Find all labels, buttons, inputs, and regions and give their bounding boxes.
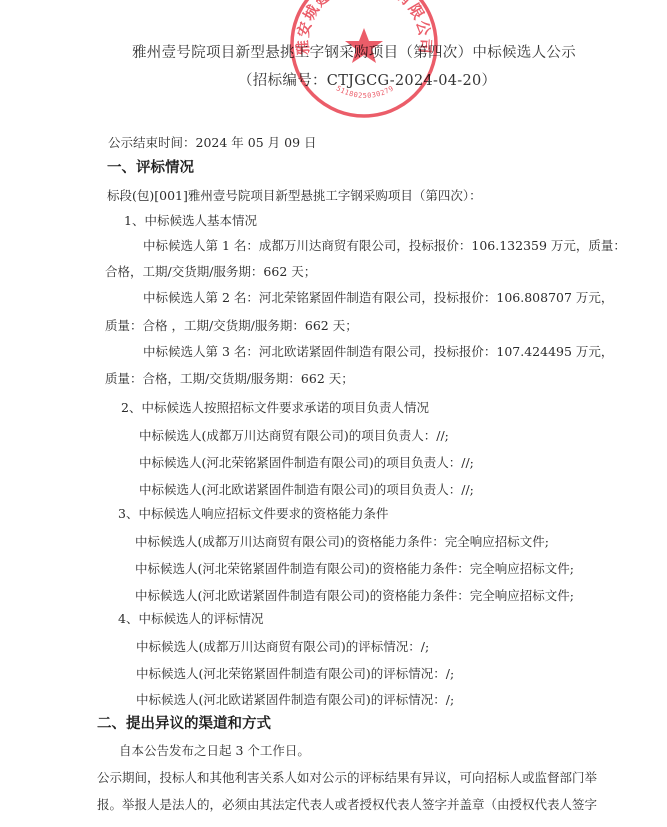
candidate-3-line1: 中标候选人第 3 名：河北欧诺紧固件制造有限公司，投标报价：107.424495…: [143, 344, 613, 360]
bid-number: （招标编号：CTJGCG-2024-04-20）: [238, 73, 496, 89]
candidate-1-line2: 合格，工期/交货期/服务期：662 天；: [105, 264, 316, 280]
objection-paragraph-line2: 报。举报人是法人的，必须由其法定代表人或者授权代表人签字并盖章（由授权代表人签字: [97, 797, 597, 813]
qualification-item: 中标候选人(河北欧诺紧固件制造有限公司)的资格能力条件：完全响应招标文件;: [135, 588, 574, 604]
subheading-project-leader: 2、中标候选人按照招标文件要求承诺的项目负责人情况: [121, 400, 429, 416]
lot-description: 标段(包)[001]雅州壹号院项目新型悬挑工字钢采购项目（第四次）：: [107, 188, 482, 204]
subheading-evaluation-status: 4、中标候选人的评标情况: [118, 611, 263, 627]
section-heading-evaluation: 一、评标情况: [107, 160, 194, 176]
document-title: 雅州壹号院项目新型悬挑工字钢采购项目（第四次）中标候选人公示: [132, 45, 576, 61]
qualification-item: 中标候选人(河北荣铭紧固件制造有限公司)的资格能力条件：完全响应招标文件;: [135, 561, 574, 577]
objection-paragraph-line1: 公示期间，投标人和其他利害关系人如对公示的评标结果有异议，可向招标人或监督部门举: [97, 770, 597, 786]
evaluation-status-item: 中标候选人(成都万川达商贸有限公司)的评标情况：/;: [136, 639, 429, 655]
candidate-2-line1: 中标候选人第 2 名：河北荣铭紧固件制造有限公司，投标报价：106.808707…: [143, 290, 613, 306]
objection-period: 自本公告发布之日起 3 个工作日。: [119, 743, 310, 759]
subheading-qualification: 3、中标候选人响应招标文件要求的资格能力条件: [118, 506, 388, 522]
project-leader-item: 中标候选人(河北荣铭紧固件制造有限公司)的项目负责人：//;: [139, 455, 474, 471]
candidate-2-line2: 质量：合格 ，工期/交货期/服务期：662 天；: [105, 318, 358, 334]
document-page: 雅州壹号院项目新型悬挑工字钢采购项目（第四次）中标候选人公示 （招标编号：CTJ…: [0, 0, 667, 827]
evaluation-status-item: 中标候选人(河北荣铭紧固件制造有限公司)的评标情况：/;: [136, 666, 454, 682]
section-heading-objection: 二、提出异议的渠道和方式: [97, 716, 271, 732]
subheading-basic-info: 1、中标候选人基本情况: [124, 213, 257, 229]
candidate-1-line1: 中标候选人第 1 名：成都万川达商贸有限公司，投标报价：106.132359 万…: [143, 238, 626, 254]
publicity-end-time: 公示结束时间：2024 年 05 月 09 日: [108, 135, 317, 151]
candidate-3-line2: 质量：合格，工期/交货期/服务期：662 天；: [105, 371, 354, 387]
evaluation-status-item: 中标候选人(河北欧诺紧固件制造有限公司)的评标情况：/;: [136, 692, 454, 708]
project-leader-item: 中标候选人(成都万川达商贸有限公司)的项目负责人：//;: [139, 428, 449, 444]
qualification-item: 中标候选人(成都万川达商贸有限公司)的资格能力条件：完全响应招标文件;: [135, 534, 549, 550]
project-leader-item: 中标候选人(河北欧诺紧固件制造有限公司)的项目负责人：//;: [139, 482, 474, 498]
